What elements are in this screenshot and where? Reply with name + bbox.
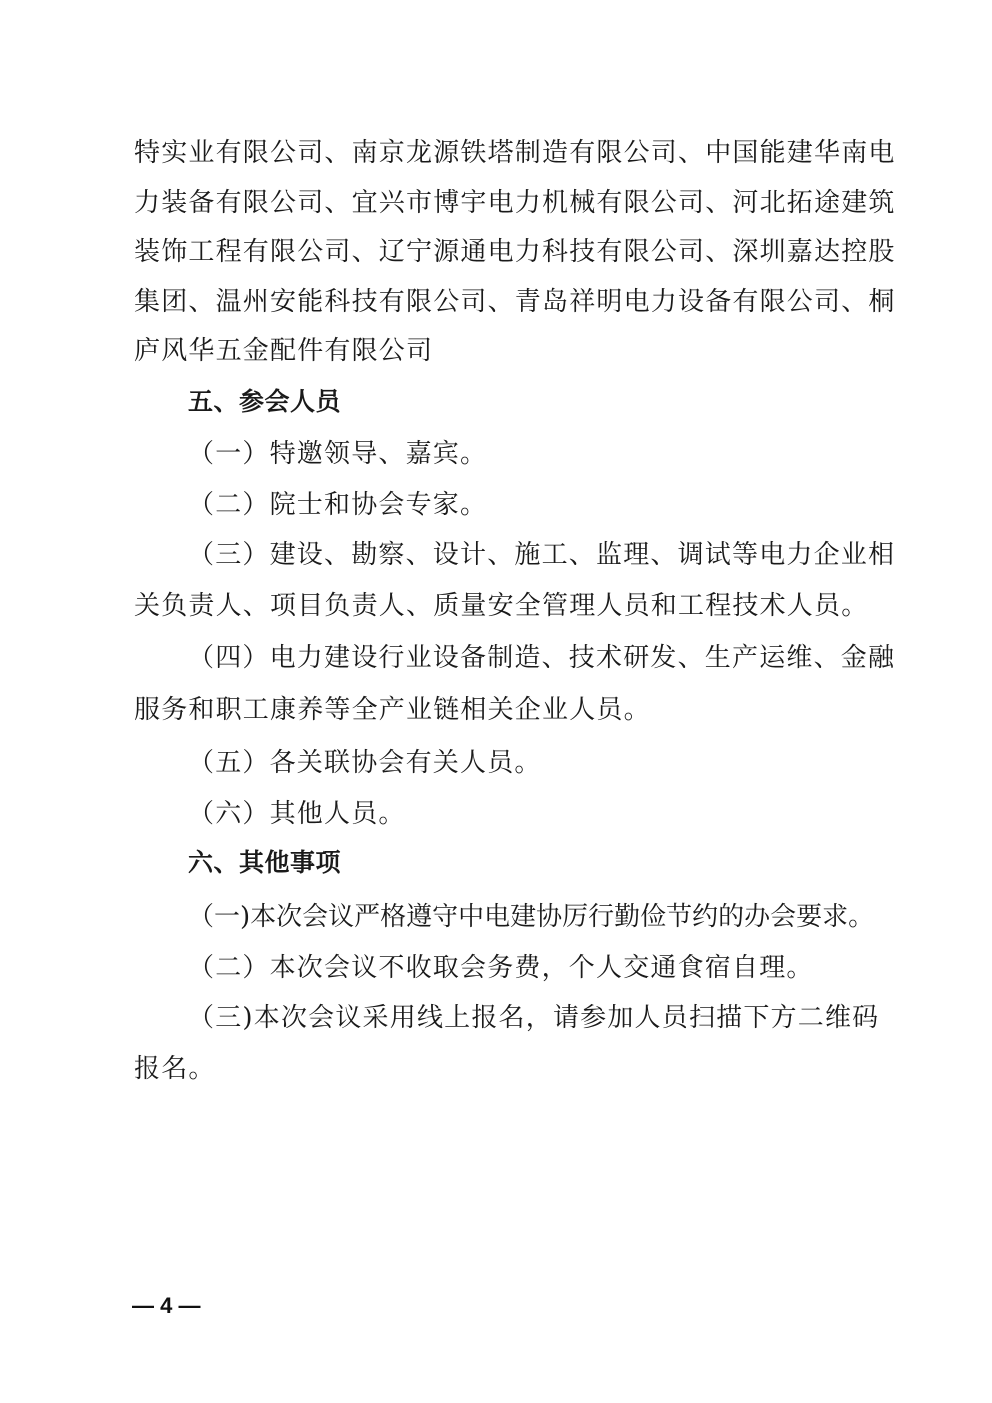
list-item-continuation: 服务和职工康养等全产业链相关企业人员。 [134, 693, 874, 727]
list-item: （三）建设、勘察、设计、施工、监理、调试等电力企业相 [188, 538, 928, 572]
list-item: （五）各关联协会有关人员。 [188, 746, 928, 780]
list-item-continuation: 报名。 [134, 1052, 874, 1086]
paragraph-line: 集团、温州安能科技有限公司、青岛祥明电力设备有限公司、桐 [134, 285, 874, 319]
page-number: — 4 — [132, 1292, 200, 1320]
list-item: （一）特邀领导、嘉宾。 [188, 437, 928, 471]
section-heading-attendees: 五、参会人员 [188, 385, 928, 419]
paragraph-line: 装饰工程有限公司、辽宁源通电力科技有限公司、深圳嘉达控股 [134, 235, 874, 269]
list-item-continuation: 关负责人、项目负责人、质量安全管理人员和工程技术人员。 [134, 589, 874, 623]
list-item: （二）本次会议不收取会务费，个人交通食宿自理。 [188, 951, 928, 985]
paragraph-line: 特实业有限公司、南京龙源铁塔制造有限公司、中国能建华南电 [134, 136, 874, 170]
list-item: （六）其他人员。 [188, 797, 928, 831]
list-item: （四）电力建设行业设备制造、技术研发、生产运维、金融 [188, 641, 928, 675]
paragraph-line: 庐风华五金配件有限公司 [134, 334, 874, 368]
document-page: 特实业有限公司、南京龙源铁塔制造有限公司、中国能建华南电 力装备有限公司、宜兴市… [0, 0, 992, 1403]
list-item: （三)本次会议采用线上报名，请参加人员扫描下方二维码 [188, 1001, 928, 1035]
list-item: （二）院士和协会专家。 [188, 488, 928, 522]
section-heading-other-matters: 六、其他事项 [188, 846, 928, 880]
paragraph-line: 力装备有限公司、宜兴市博宇电力机械有限公司、河北拓途建筑 [134, 186, 874, 220]
list-item: （一)本次会议严格遵守中电建协厉行勤俭节约的办会要求。 [188, 900, 928, 934]
